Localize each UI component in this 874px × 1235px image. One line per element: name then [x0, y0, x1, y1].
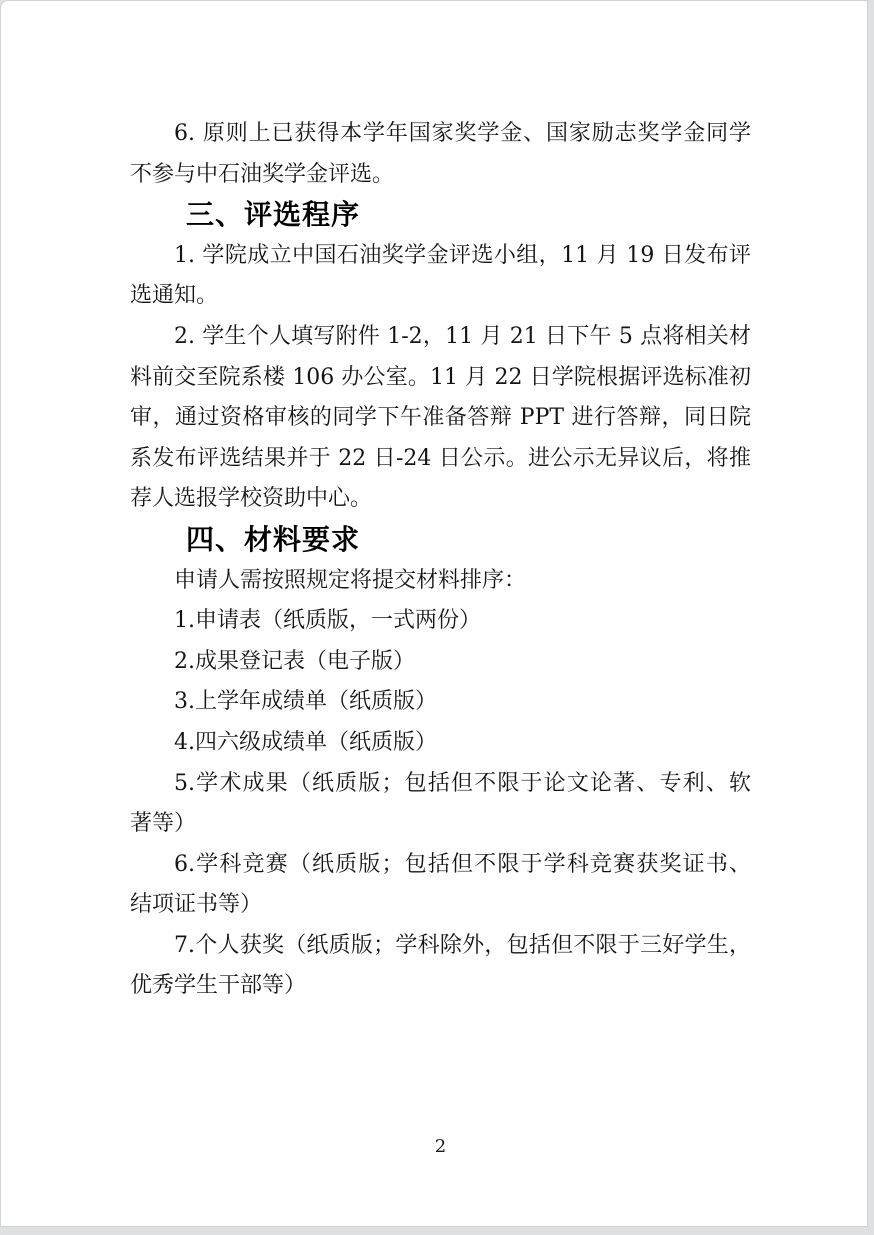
document-line: 结项证书等） — [130, 885, 751, 926]
document-line: 1.申请表（纸质版，一式两份） — [130, 601, 751, 642]
document-line: 7.个人获奖（纸质版；学科除外，包括但不限于三好学生， — [130, 926, 751, 967]
document-line: 2. 学生个人填写附件 1-2，11 月 21 日下午 5 点将相关材 — [130, 317, 751, 358]
document-line: 优秀学生干部等） — [130, 966, 751, 1007]
document-line: 审，通过资格审核的同学下午准备答辩 PPT 进行答辩，同日院 — [130, 398, 751, 439]
document-line: 系发布评选结果并于 22 日-24 日公示。进公示无异议后，将推 — [130, 439, 751, 480]
document-line: 3.上学年成绩单（纸质版） — [130, 682, 751, 723]
document-line: 著等） — [130, 804, 751, 845]
document-line: 2.成果登记表（电子版） — [130, 642, 751, 683]
document-line: 6.学科竞赛（纸质版；包括但不限于学科竞赛获奖证书、 — [130, 845, 751, 886]
document-line: 1. 学院成立中国石油奖学金评选小组，11 月 19 日发布评 — [130, 236, 751, 277]
document-line: 料前交至院系楼 106 办公室。11 月 22 日学院根据评选标准初 — [130, 358, 751, 399]
document-line: 选通知。 — [130, 276, 751, 317]
document-line: 5.学术成果（纸质版；包括但不限于论文论著、专利、软 — [130, 764, 751, 805]
document-line: 荐人选报学校资助中心。 — [130, 479, 751, 520]
page-number: 2 — [130, 1135, 751, 1159]
section-heading: 三、评选程序 — [130, 195, 751, 236]
document-line: 6. 原则上已获得本学年国家奖学金、国家励志奖学金同学 — [130, 114, 751, 155]
document-line: 申请人需按照规定将提交材料排序： — [130, 561, 751, 602]
viewer-background: { "colors": { "page_background": "#fffff… — [0, 0, 874, 1235]
document-line: 4.四六级成绩单（纸质版） — [130, 723, 751, 764]
document-line: 不参与中石油奖学金评选。 — [130, 155, 751, 196]
document-page: 6. 原则上已获得本学年国家奖学金、国家励志奖学金同学不参与中石油奖学金评选。三… — [0, 0, 868, 1227]
section-heading: 四、材料要求 — [130, 520, 751, 561]
document-content: 6. 原则上已获得本学年国家奖学金、国家励志奖学金同学不参与中石油奖学金评选。三… — [130, 114, 751, 1007]
